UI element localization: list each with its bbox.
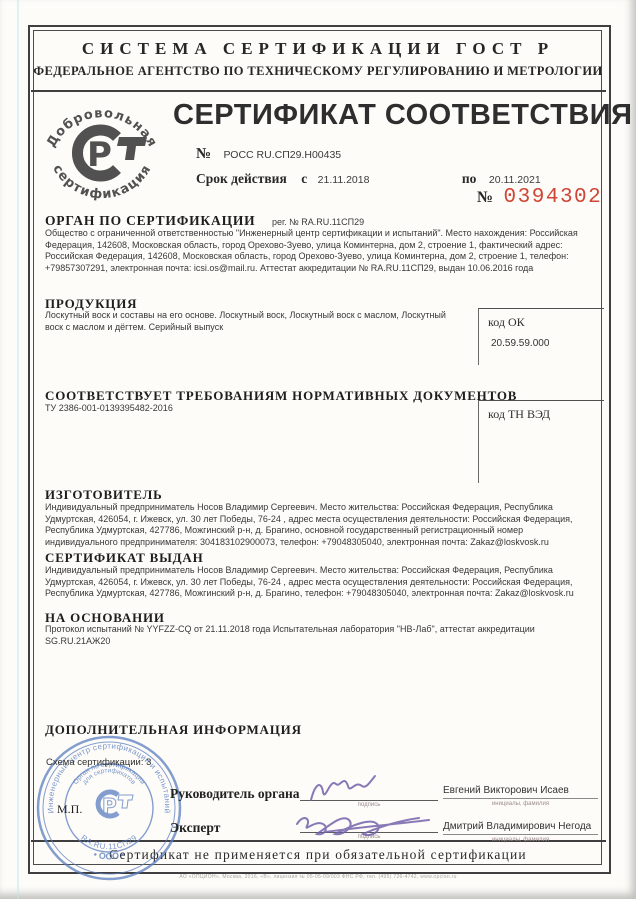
stamp-rst-mark: Р	[98, 792, 133, 818]
expert-label: Эксперт	[170, 820, 220, 836]
system-title: СИСТЕМА СЕРТИФИКАЦИИ ГОСТ Р	[0, 39, 636, 59]
certificate-number-label: №	[196, 146, 211, 162]
org-heading: ОРГАН ПО СЕРТИФИКАЦИИ	[45, 213, 255, 228]
rst-logo: Добровольная сертификация Р	[38, 96, 166, 204]
scan-artifact-line	[17, 0, 19, 899]
conformity-heading: СООТВЕТСТВУЕТ ТРЕБОВАНИЯМ НОРМАТИВНЫХ ДО…	[45, 388, 517, 404]
manufacturer-body: Индивидуальный предприниматель Носов Вла…	[45, 502, 593, 549]
issued-heading: СЕРТИФИКАТ ВЫДАН	[45, 550, 204, 566]
org-body: Общество с ограниченной ответственностью…	[45, 228, 593, 275]
head-ink-signature	[311, 776, 375, 800]
product-body: Лоскутный воск и составы на его основе. …	[45, 310, 465, 333]
manufacturer-heading: ИЗГОТОВИТЕЛЬ	[45, 487, 162, 503]
expert-name-caption: инициалы, фамилия	[443, 837, 598, 843]
stamp-accreditation-code: RA.RU.11СП29	[79, 833, 139, 851]
org-reg-number: рег. № RA.RU.11СП29	[272, 217, 364, 227]
issued-body: Индивидуальный предприниматель Носов Вла…	[45, 565, 593, 600]
svg-text:RA.RU.11СП29: RA.RU.11СП29	[79, 833, 139, 851]
svg-text:Р: Р	[102, 794, 117, 818]
head-name-caption: инициалы, фамилия	[443, 801, 598, 807]
validity-from-date: 21.11.2018	[318, 174, 370, 186]
expert-ink-signature	[297, 818, 429, 835]
logo-rst-mark: Р	[77, 130, 147, 176]
blank-number-value: 0394302	[504, 186, 603, 209]
code-tnved-box: код ТН ВЭД	[478, 400, 604, 483]
validity-to-date: 20.11.2021	[489, 174, 541, 186]
validity-label: Срок действия	[196, 171, 287, 186]
validity-to-label: по	[462, 171, 477, 186]
certificate-page: СИСТЕМА СЕРТИФИКАЦИИ ГОСТ Р ФЕДЕРАЛЬНОЕ …	[0, 0, 636, 899]
blank-number-label: №	[477, 189, 493, 206]
code-ok-value: 20.59.59.000	[479, 330, 604, 349]
blank-number-row: № 0394302	[477, 186, 602, 209]
basis-body: Протокол испытаний № YYFZZ-CQ от 21.11.2…	[45, 624, 593, 647]
validity-from-label: с	[301, 171, 307, 186]
head-name: Евгений Викторович Исаев	[443, 785, 598, 799]
certificate-title: СЕРТИФИКАТ СООТВЕТСТВИЯ	[173, 99, 633, 132]
certification-scheme: Схема сертификации: 3	[46, 757, 151, 768]
head-of-body-label: Руководитель органа	[170, 786, 300, 802]
certificate-number-row: № РОСС RU.СП29.Н00435	[196, 145, 341, 163]
conformity-body: ТУ 2386-001-0139395482-2016	[45, 403, 465, 415]
ink-signatures	[285, 762, 455, 862]
code-ok-label: код ОК	[479, 309, 604, 330]
expert-name: Дмитрий Владимирович Негода	[443, 821, 598, 835]
header-separator	[31, 90, 606, 92]
seal-place-label: М.П.	[57, 802, 82, 817]
code-tnved-label: код ТН ВЭД	[479, 401, 604, 422]
svg-text:Р: Р	[87, 135, 112, 175]
code-ok-box: код ОК 20.59.59.000	[478, 308, 604, 365]
certificate-number-value: РОСС RU.СП29.Н00435	[224, 149, 342, 161]
agency-title: ФЕДЕРАЛЬНОЕ АГЕНТСТВО ПО ТЕХНИЧЕСКОМУ РЕ…	[0, 64, 636, 79]
